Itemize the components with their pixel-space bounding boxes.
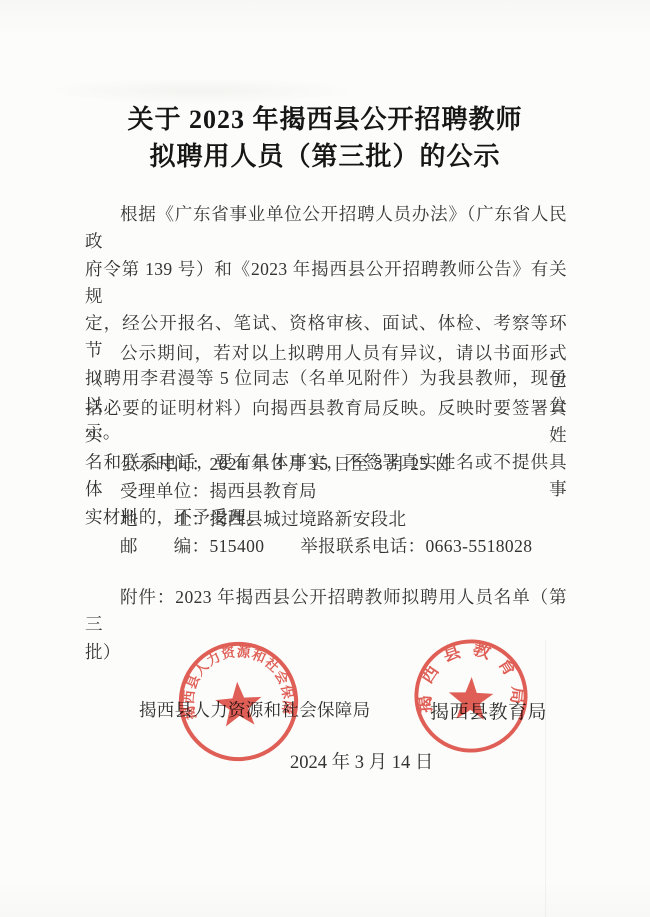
notice-title-line2: 拟聘用人员（第三批）的公示 [0,138,650,175]
scan-artifact-line [545,640,546,917]
body-line: 括必要的证明材料）向揭西县教育局反映。反映时要签署真实姓 [85,395,567,450]
publicity-period-line: 公示时间：2024 年 3 月 15 日至 3 月 25 日 [85,451,567,478]
address-line: 地 址：揭西县城过境路新安段北 [85,506,567,533]
body-line: 府令第 139 号）和《2023 年揭西县公开招聘教师公告》有关规 [85,256,567,311]
body-line: 根据《广东省事业单位公开招聘人员办法》（广东省人民政 [85,201,567,256]
education-bureau-seal: 揭西县教育局 [404,629,538,763]
seal-star-icon [448,676,494,720]
document-page: 关于 2023 年揭西县公开招聘教师 拟聘用人员（第三批）的公示 根据《广东省事… [0,0,650,917]
hr-bureau-seal: 揭西县人力资源和社会保障局 [166,629,310,773]
body-line: 公示期间，若对以上拟聘用人员有异议，请以书面形式（包 [85,340,567,395]
seal-star-icon [214,680,263,727]
accepting-unit-line: 受理单位：揭西县教育局 [85,478,567,505]
postcode-phone-line: 邮 编：515400 举报联系电话：0663-5518028 [85,533,567,560]
contact-info-block: 公示时间：2024 年 3 月 15 日至 3 月 25 日 受理单位：揭西县教… [85,451,567,560]
attachment-line: 附件：2023 年揭西县公开招聘教师拟聘用人员名单（第三 [85,584,567,639]
notice-title: 关于 2023 年揭西县公开招聘教师 拟聘用人员（第三批）的公示 [0,101,650,175]
notice-title-line1: 关于 2023 年揭西县公开招聘教师 [0,101,650,138]
